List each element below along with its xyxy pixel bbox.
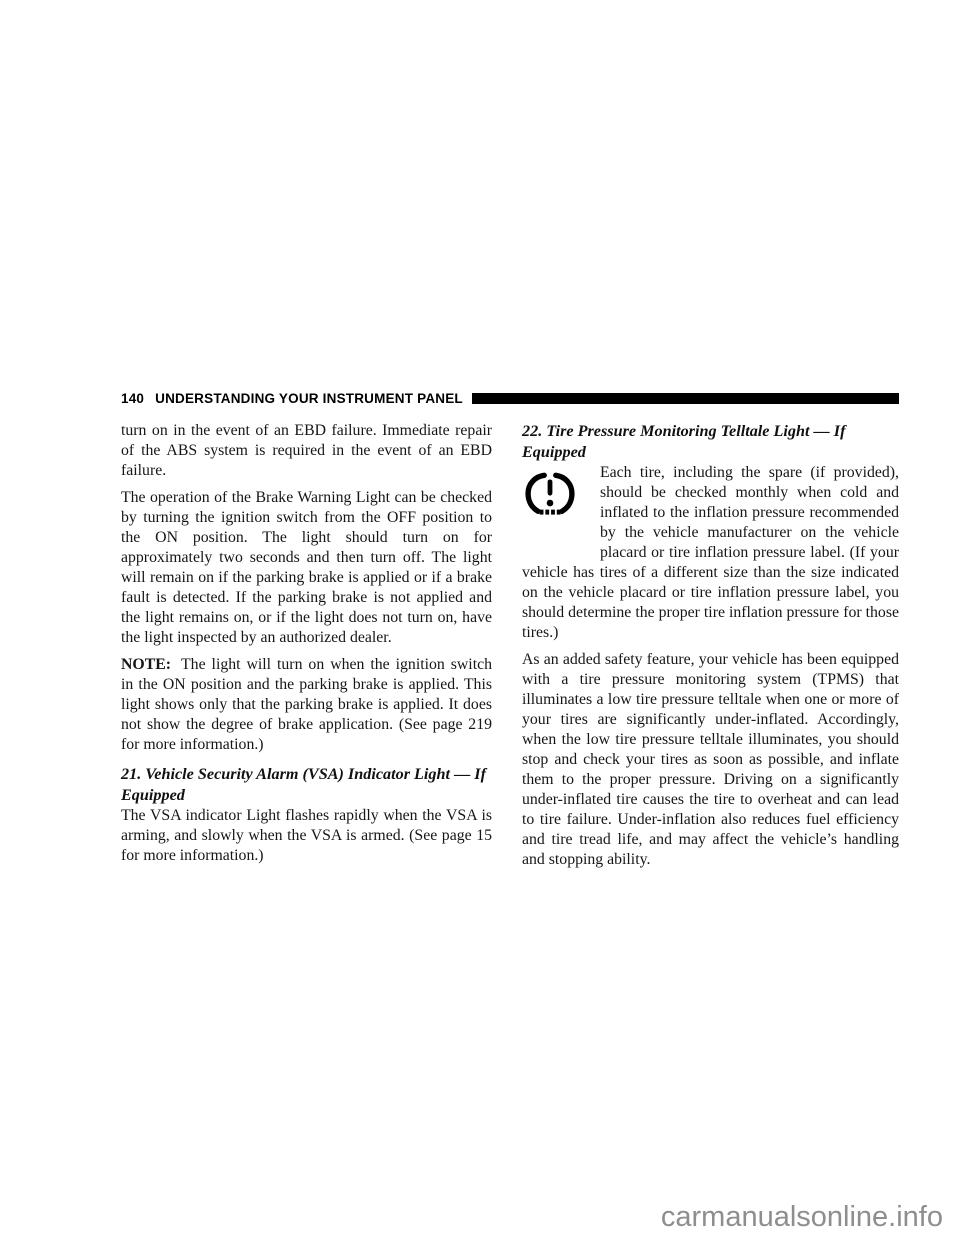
paragraph-vsa-indicator: The VSA indicator Light flashes rapidly … xyxy=(121,806,492,866)
heading-section-22-tpms: 22. Tire Pressure Monitoring Telltale Li… xyxy=(522,421,899,462)
paragraph-tire-check: Each tire, including the spare (if provi… xyxy=(522,463,899,643)
watermark-text: carmanualsonline.info xyxy=(661,1201,943,1234)
page-body: turn on in the event of an EBD failure. … xyxy=(121,421,899,870)
manual-page: 140 UNDERSTANDING YOUR INSTRUMENT PANEL … xyxy=(0,0,960,1242)
paragraph-tpms-system: As an added safety feature, your vehicle… xyxy=(522,650,899,870)
heading-section-21-vsa: 21. Vehicle Security Alarm (VSA) Indicat… xyxy=(121,764,492,805)
note-text: The light will turn on when the ignition… xyxy=(121,656,492,753)
note-label: NOTE: xyxy=(121,656,171,673)
header-rule-bar xyxy=(472,393,899,404)
paragraph-brake-warning-check: The operation of the Brake Warning Light… xyxy=(121,488,492,648)
tpms-warning-icon xyxy=(522,463,600,545)
right-column: 22. Tire Pressure Monitoring Telltale Li… xyxy=(522,421,899,870)
running-header: 140 UNDERSTANDING YOUR INSTRUMENT PANEL xyxy=(121,391,899,406)
left-column: turn on in the event of an EBD failure. … xyxy=(121,421,492,870)
paragraph-ebd-failure: turn on in the event of an EBD failure. … xyxy=(121,421,492,481)
page-number: 140 xyxy=(121,391,144,406)
chapter-title: UNDERSTANDING YOUR INSTRUMENT PANEL xyxy=(155,391,463,406)
note-paragraph: NOTE:The light will turn on when the ign… xyxy=(121,655,492,755)
